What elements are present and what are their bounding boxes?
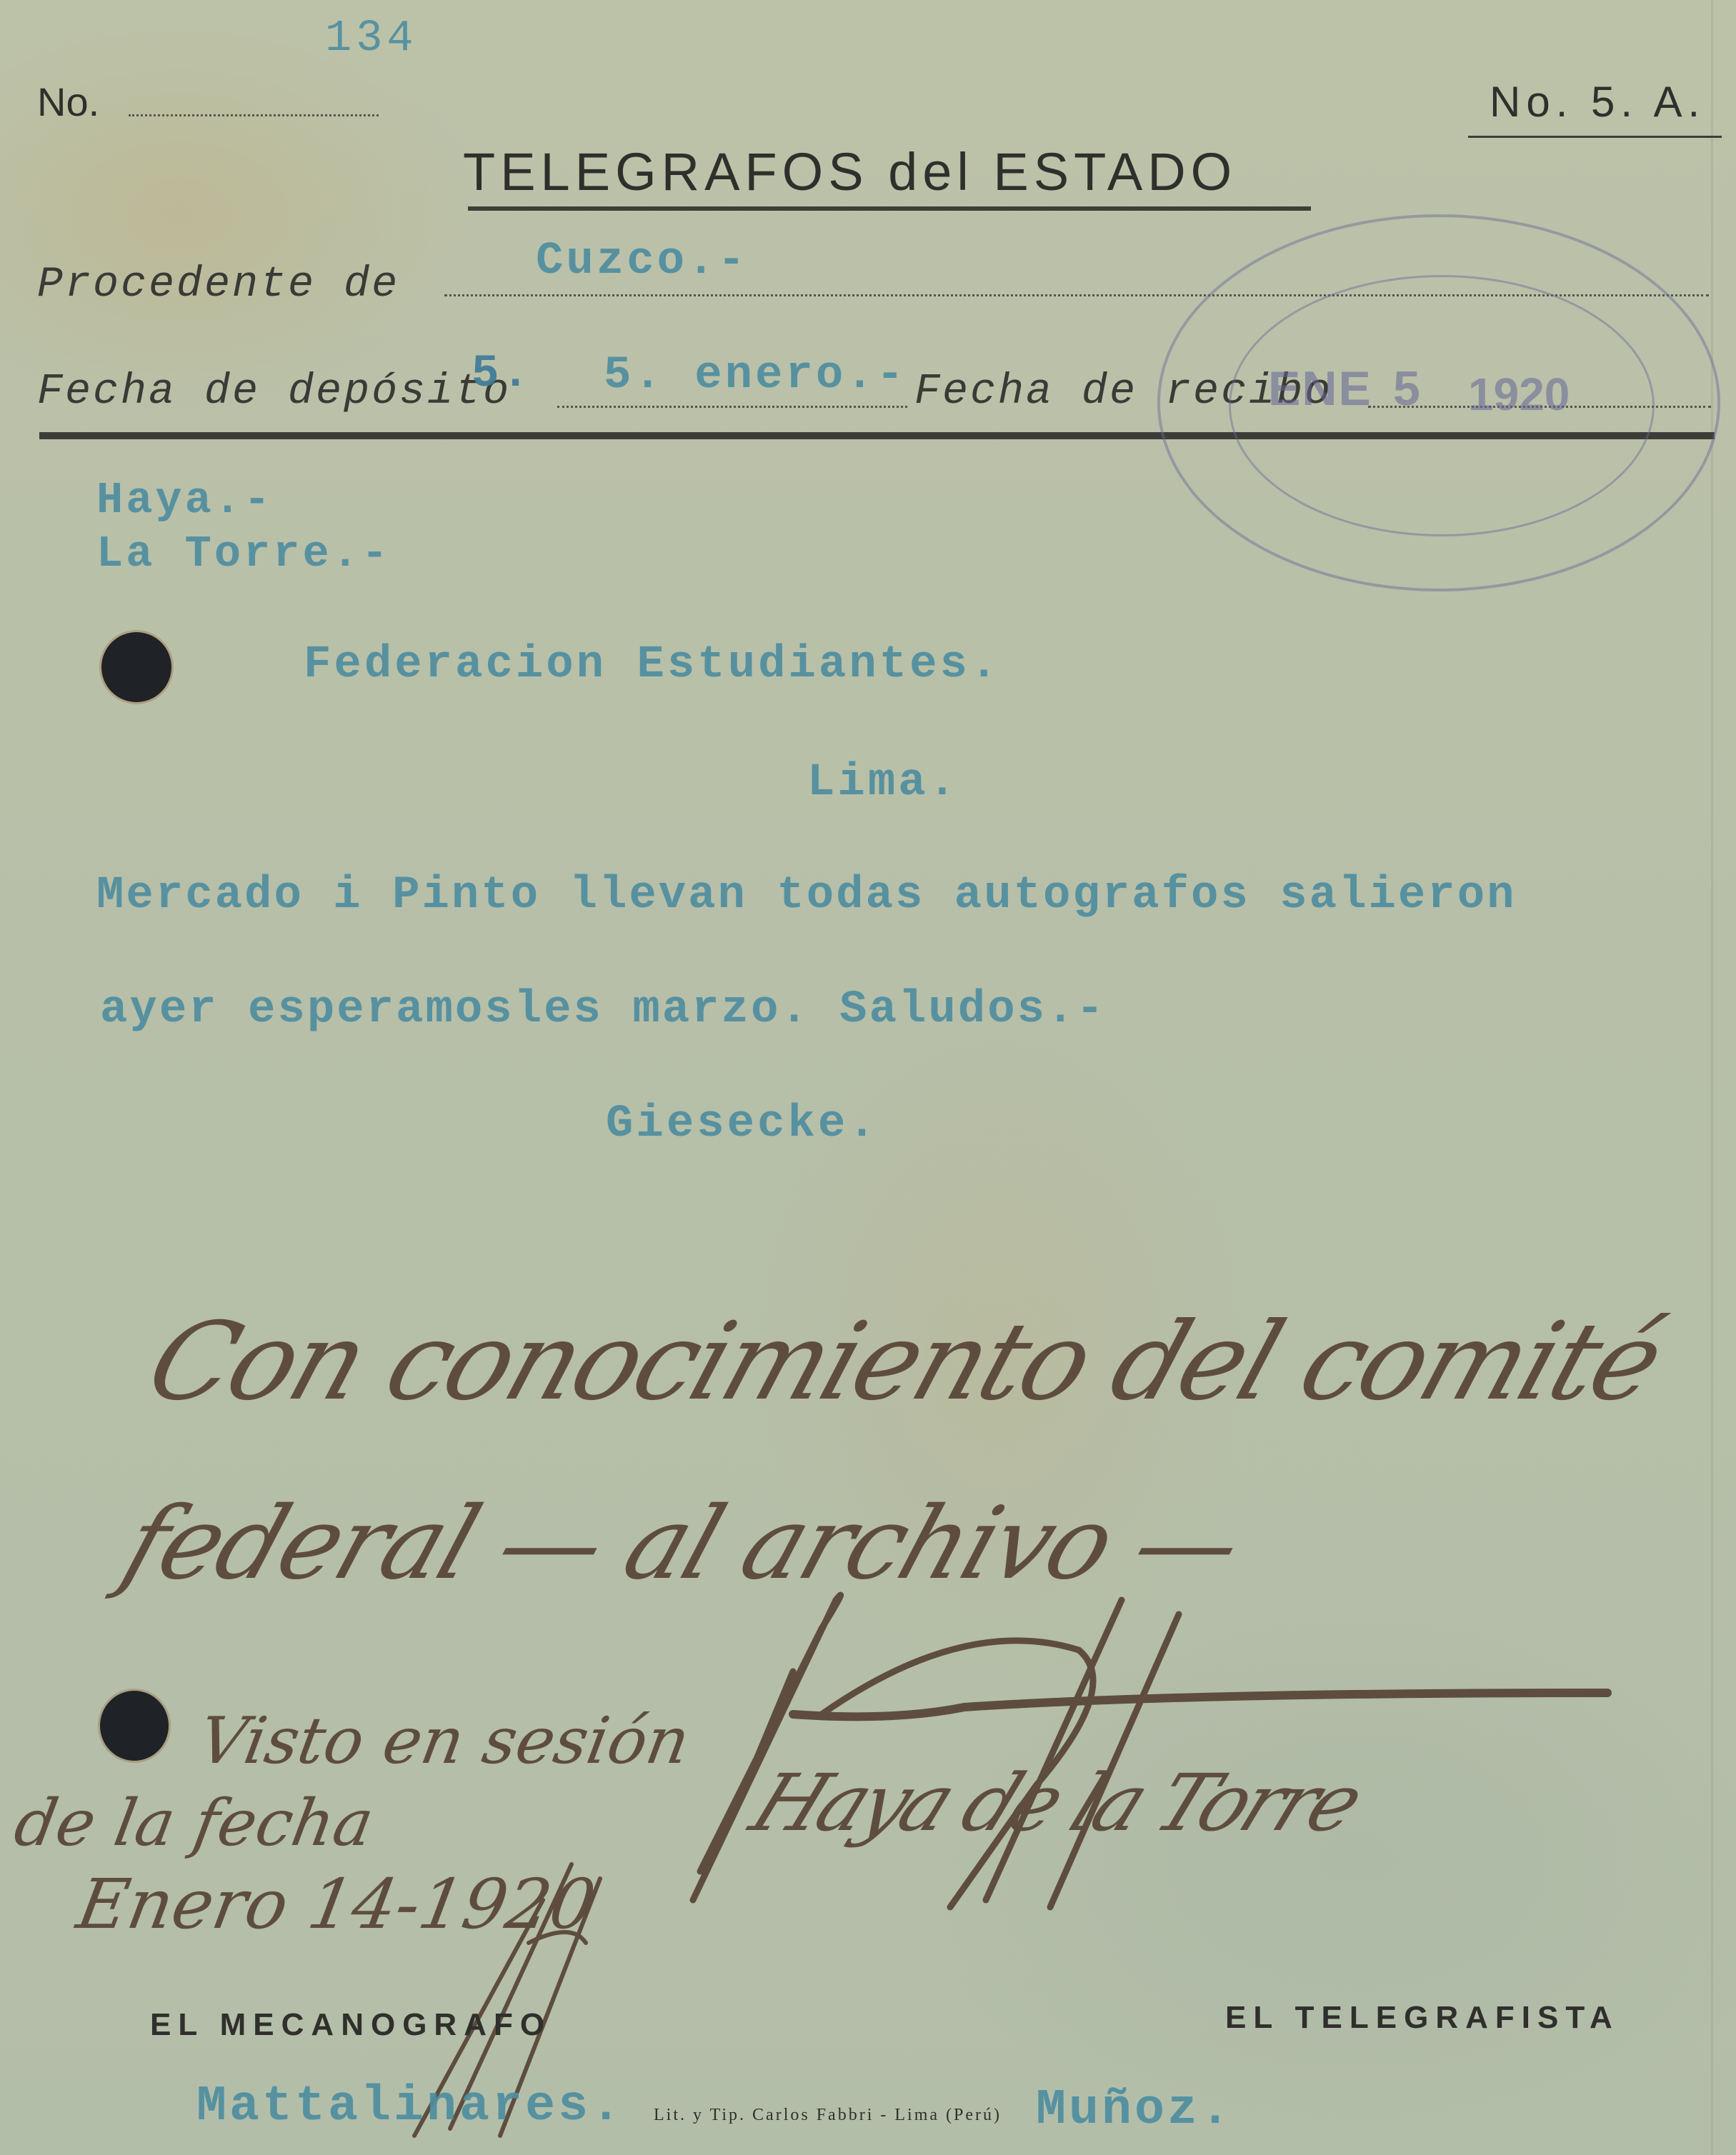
addressee: Federacion Estudiantes. bbox=[304, 639, 1000, 691]
fecha-deposito-overstrike: 5. bbox=[472, 349, 532, 400]
handwritten-signature-name: Haya de la Torre bbox=[739, 1757, 1372, 1849]
procedente-label: Procedente de bbox=[37, 261, 399, 309]
punch-hole-bottom bbox=[100, 1691, 169, 1761]
addressee-city: Lima. bbox=[807, 757, 959, 809]
stamp-day: 5 bbox=[1393, 361, 1420, 416]
telegrafista-name: Muñoz. bbox=[1036, 2082, 1233, 2139]
form-code: No. 5. A. bbox=[1490, 77, 1705, 126]
form-code-underline bbox=[1468, 136, 1722, 138]
telegrafista-label: EL TELEGRAFISTA bbox=[1225, 2000, 1620, 2036]
handwritten-note-line-1: Con conocimiento del comité bbox=[134, 1300, 1676, 1424]
sender-haya: Haya.- bbox=[96, 475, 273, 526]
message-body-line-1: Mercado i Pinto llevan todas autografos … bbox=[96, 870, 1517, 921]
no-label: No. bbox=[37, 79, 99, 125]
stamp-year: 1920 bbox=[1468, 368, 1570, 421]
margin-note-line-1: Visto en sesión bbox=[194, 1704, 695, 1779]
stamp-month: ENE bbox=[1268, 361, 1372, 416]
serial-number: 134 bbox=[325, 13, 418, 64]
message-body-line-2: ayer esperamosles marzo. Saludos.- bbox=[100, 984, 1106, 1036]
title-underline bbox=[468, 206, 1311, 211]
sender-la-torre: La Torre.- bbox=[96, 529, 391, 579]
mecanografo-name: Mattalinares. bbox=[196, 2079, 624, 2135]
no-field-line bbox=[129, 114, 379, 116]
procedente-value[interactable]: Cuzco.- bbox=[536, 236, 748, 287]
message-signature: Giesecke. bbox=[606, 1099, 879, 1150]
punch-hole-top bbox=[101, 632, 171, 702]
form-title: TELEGRAFOS del ESTADO bbox=[463, 141, 1237, 202]
margin-note-line-2: de la fecha bbox=[9, 1786, 379, 1861]
fecha-deposito-value[interactable]: 5. enero.- bbox=[604, 350, 907, 401]
handwritten-signature-flourish bbox=[679, 1571, 1679, 1929]
mecanografo-label: EL MECANOGRAFO bbox=[150, 2007, 552, 2043]
fecha-deposito-label: Fecha de depósito bbox=[37, 368, 511, 416]
fecha-deposito-line bbox=[557, 406, 907, 408]
paper-fold-vertical bbox=[1711, 0, 1713, 2155]
printer-imprint: Lit. y Tip. Carlos Fabbri - Lima (Perú) bbox=[654, 2106, 1002, 2125]
